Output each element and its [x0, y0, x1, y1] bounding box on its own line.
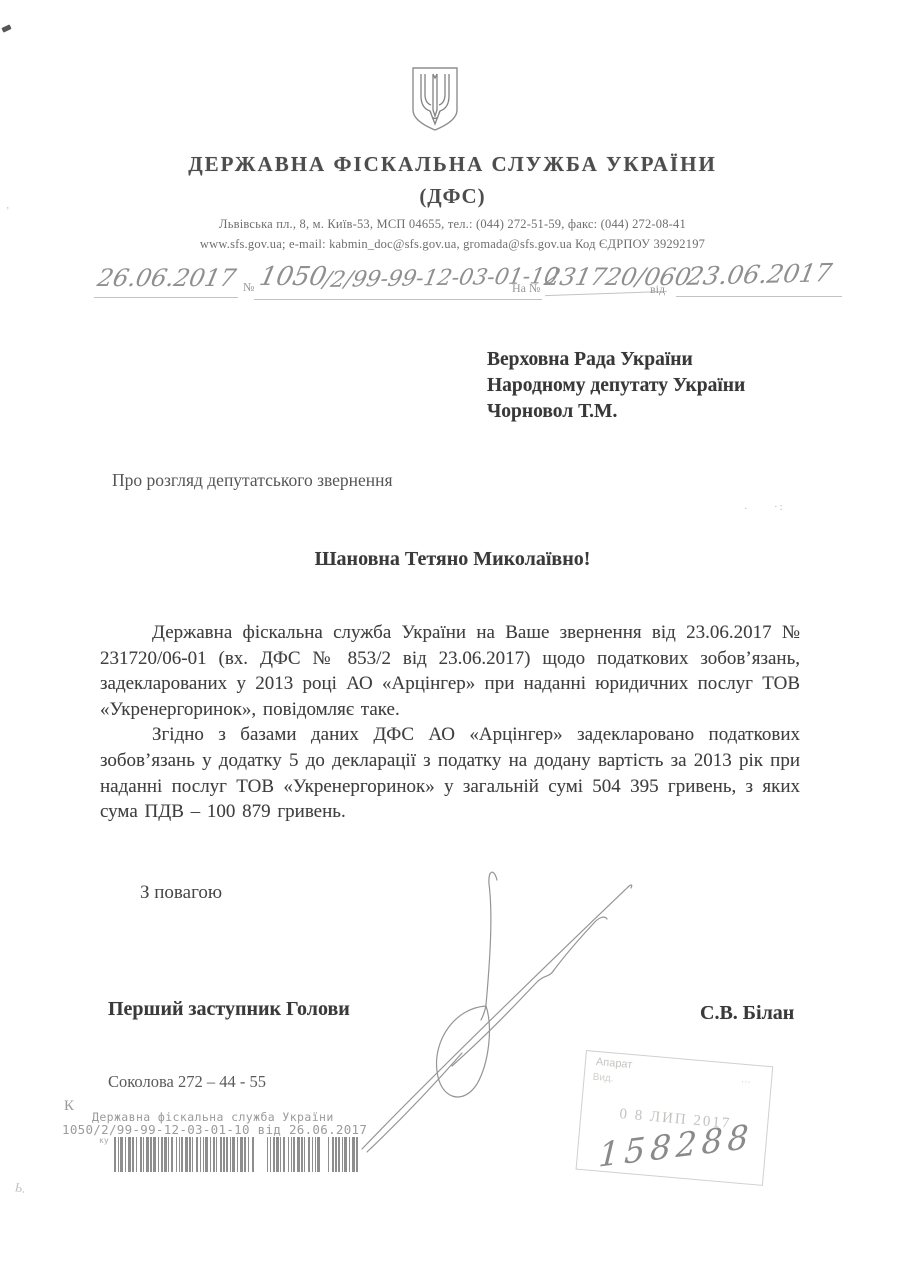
executor-contact: Соколова 272 – 44 - 55: [108, 1072, 266, 1092]
scanned-letter-page: ’ Ь. ДЕРЖАВНА ФІСКАЛЬНА СЛУЖБА УКРАЇНИ (…: [0, 0, 905, 1280]
barcode: [114, 1137, 358, 1172]
barcode-small-mark: ку: [99, 1136, 109, 1145]
stamp-org-line: Апарат: [595, 1056, 632, 1071]
stamp-fragment: ⋯: [740, 1077, 751, 1089]
stamp-dept-line: Вид.: [592, 1072, 614, 1085]
barcode-caption-number: 1050/2/99-99-12-03-01-10 від 26.06.2017: [62, 1122, 367, 1137]
corner-mark: К: [64, 1098, 74, 1115]
